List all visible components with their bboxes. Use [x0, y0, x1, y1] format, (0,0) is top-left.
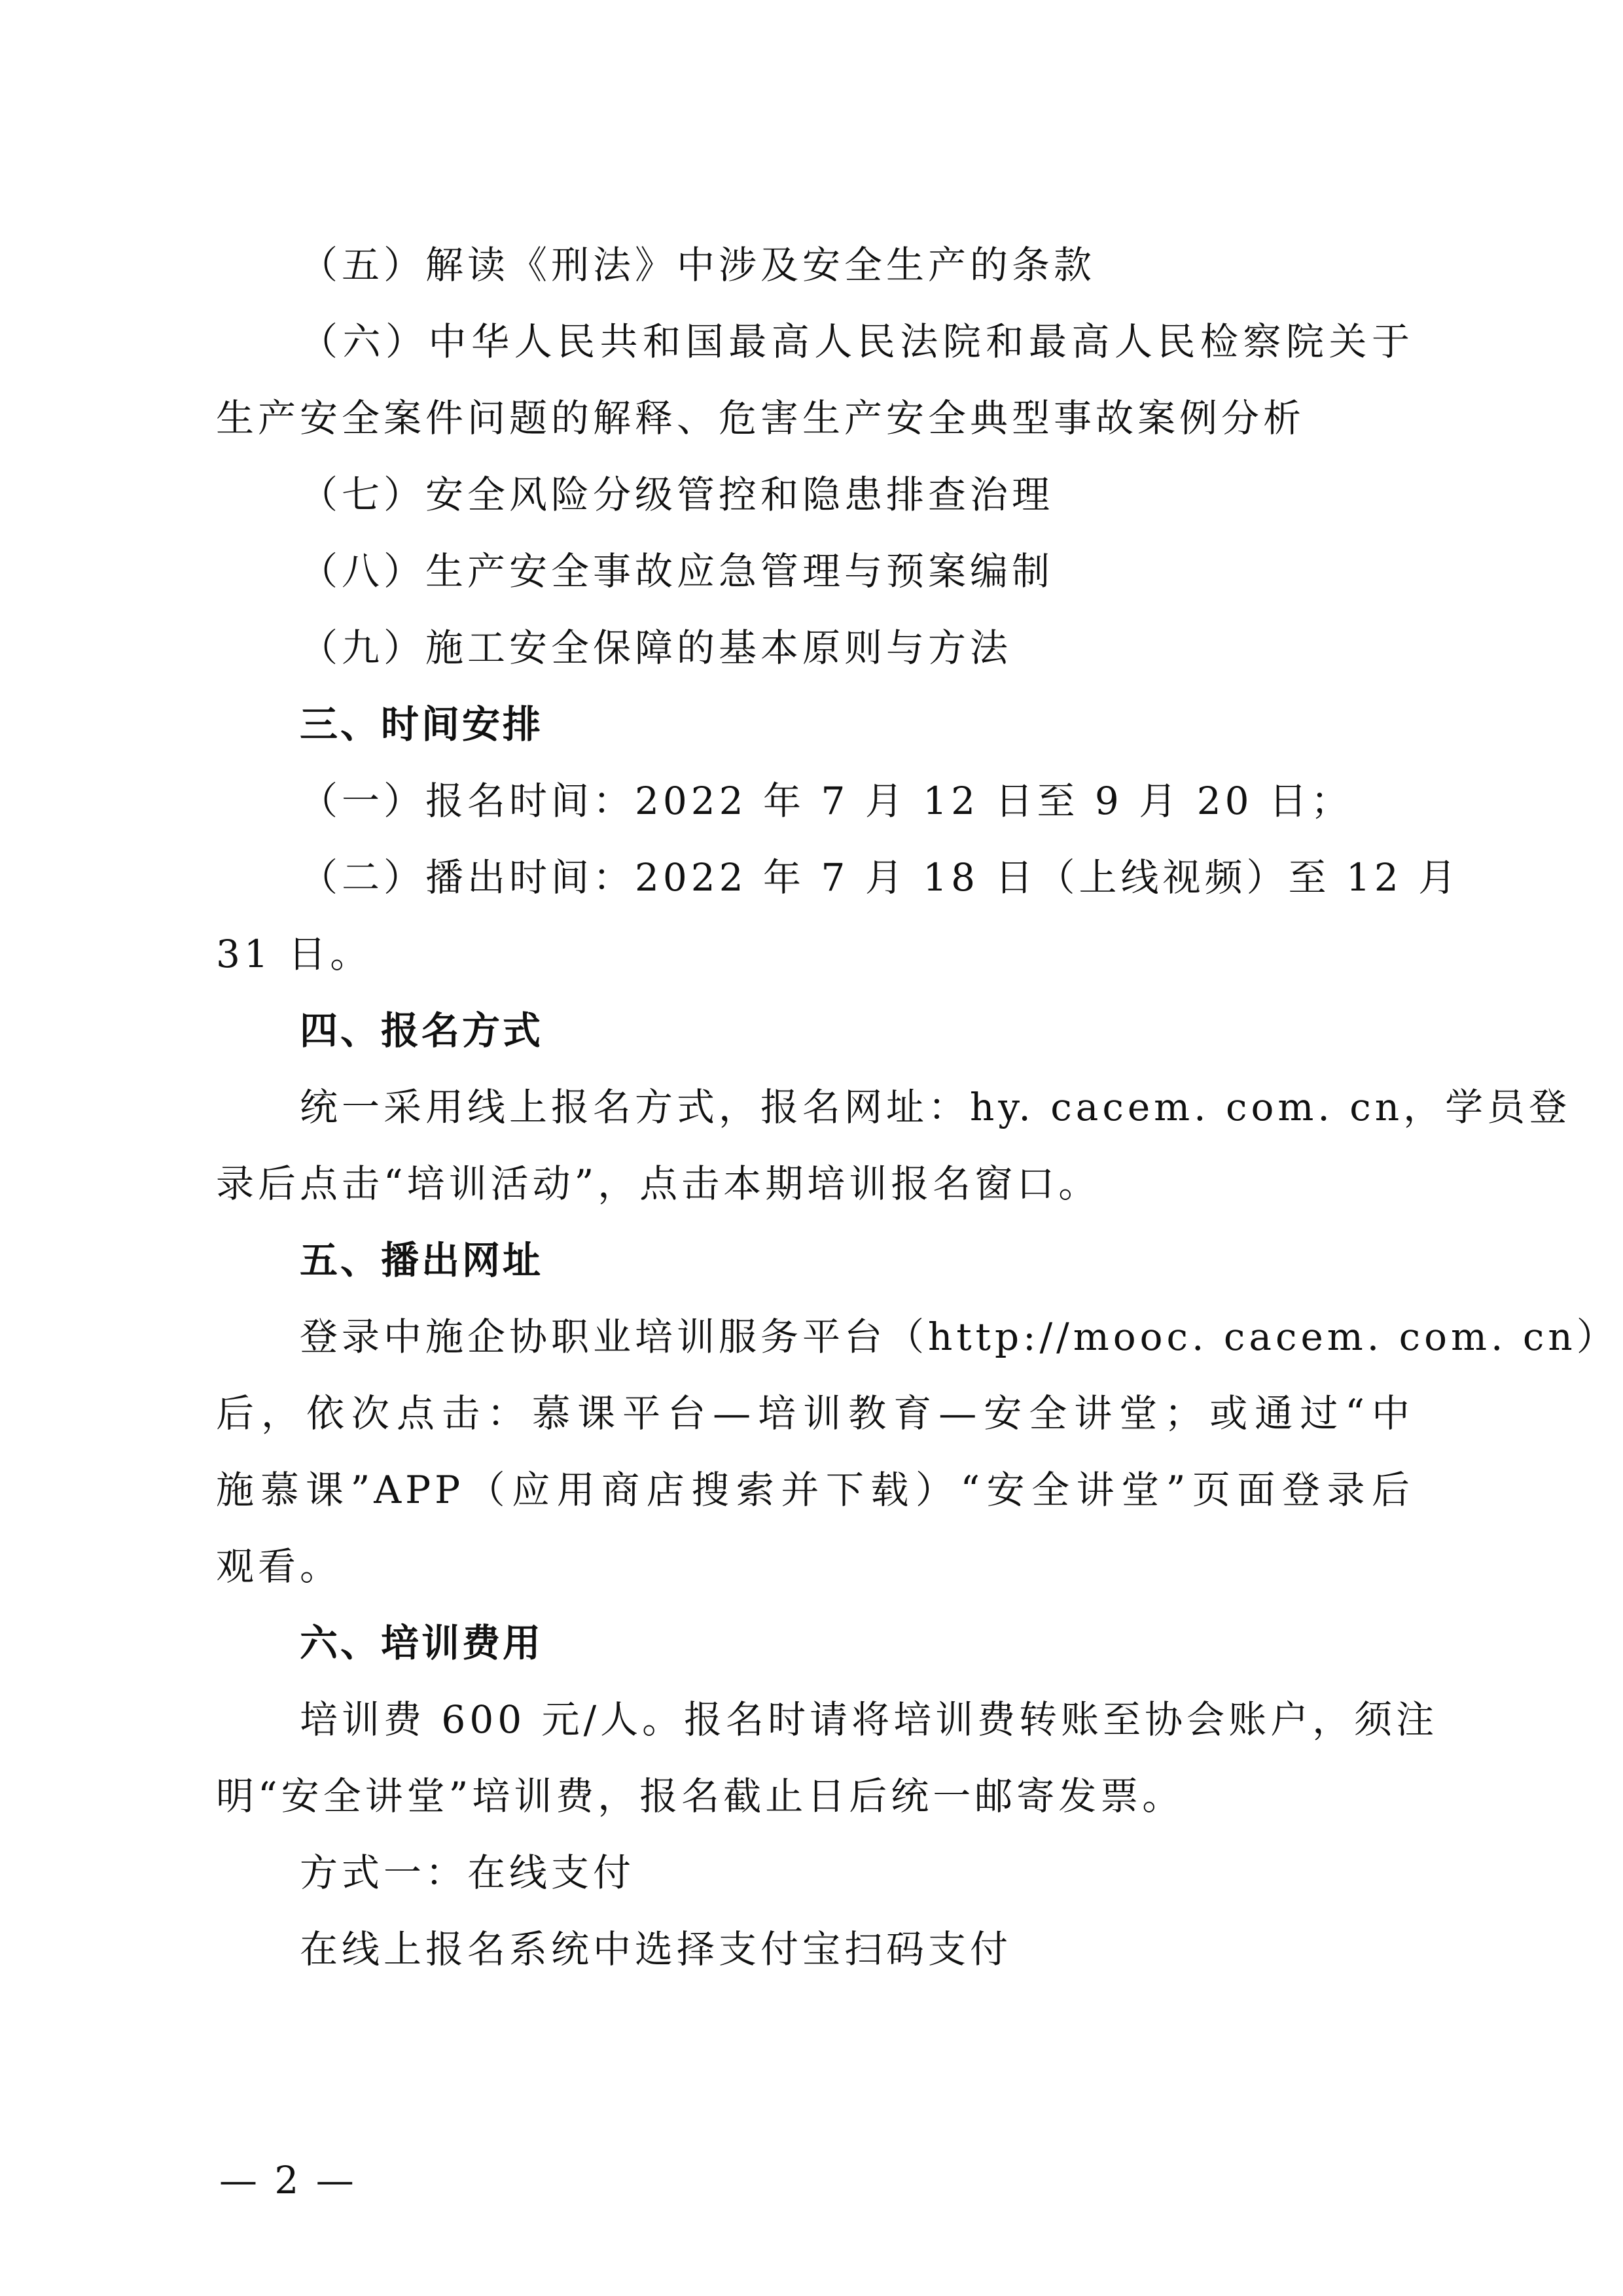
payment-method-1-description: 在线上报名系统中选择支付宝扫码支付 [300, 1923, 1414, 1975]
page-number: — 2 — [219, 2154, 357, 2206]
broadcast-url-paragraph-line-3: 施慕课”APP（应用商店搜索并下载）“安全讲堂”页面登录后 [216, 1464, 1414, 1516]
payment-method-1-title: 方式一：在线支付 [300, 1846, 1414, 1899]
broadcast-url-paragraph: 登录中施企协职业培训服务平台（http://mooc. cacem. com. … [300, 1311, 1414, 1363]
training-fee-paragraph: 培训费 600 元/人。报名时请将培训费转账至协会账户，须注 [300, 1693, 1414, 1746]
registration-paragraph: 统一采用线上报名方式，报名网址：hy. cacem. com. cn，学员登 [300, 1081, 1414, 1133]
training-fee-paragraph-continuation: 明“安全讲堂”培训费，报名截止日后统一邮寄发票。 [216, 1770, 1414, 1822]
schedule-registration-time: （一）报名时间：2022 年 7 月 12 日至 9 月 20 日； [300, 775, 1414, 827]
list-item-6-court-interpretation: （六）中华人民共和国最高人民法院和最高人民检察院关于 [300, 315, 1414, 368]
section-heading-registration: 四、报名方式 [300, 1004, 1414, 1057]
schedule-broadcast-time: （二）播出时间：2022 年 7 月 18 日（上线视频）至 12 月 [300, 851, 1414, 904]
schedule-broadcast-time-continuation: 31 日。 [216, 928, 1414, 980]
list-item-8-emergency-management: （八）生产安全事故应急管理与预案编制 [300, 545, 1414, 597]
broadcast-url-paragraph-line-2: 后，依次点击：慕课平台—培训教育—安全讲堂；或通过“中 [216, 1387, 1414, 1439]
section-heading-schedule: 三、时间安排 [300, 698, 1414, 751]
section-heading-broadcast-url: 五、播出网址 [300, 1234, 1414, 1286]
list-item-9-construction-safety: （九）施工安全保障的基本原则与方法 [300, 622, 1414, 674]
list-item-5-reading-criminal-law: （五）解读《刑法》中涉及安全生产的条款 [300, 239, 1414, 291]
list-item-6-continuation: 生产安全案件问题的解释、危害生产安全典型事故案例分析 [216, 392, 1414, 444]
document-page: （五）解读《刑法》中涉及安全生产的条款 （六）中华人民共和国最高人民法院和最高人… [0, 0, 1623, 2296]
broadcast-url-paragraph-line-4: 观看。 [216, 1540, 1414, 1593]
section-heading-training-fee: 六、培训费用 [300, 1617, 1414, 1669]
list-item-7-risk-control: （七）安全风险分级管控和隐患排查治理 [300, 468, 1414, 521]
registration-paragraph-continuation: 录后点击“培训活动”，点击本期培训报名窗口。 [216, 1157, 1414, 1210]
